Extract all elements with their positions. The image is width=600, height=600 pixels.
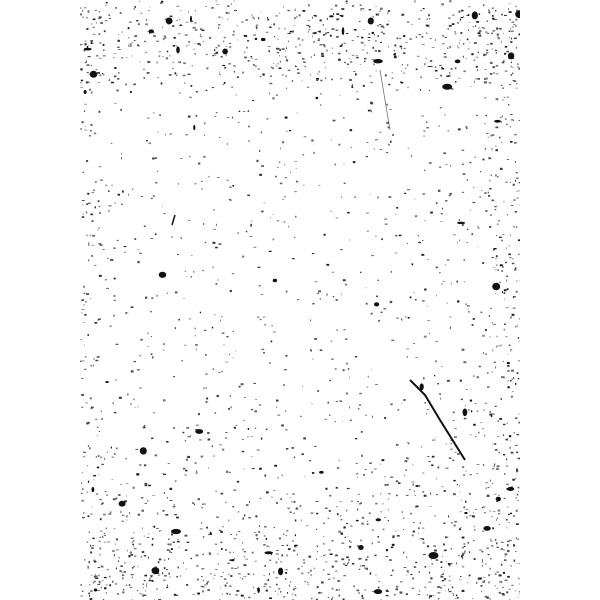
grunge-texture bbox=[80, 0, 520, 600]
